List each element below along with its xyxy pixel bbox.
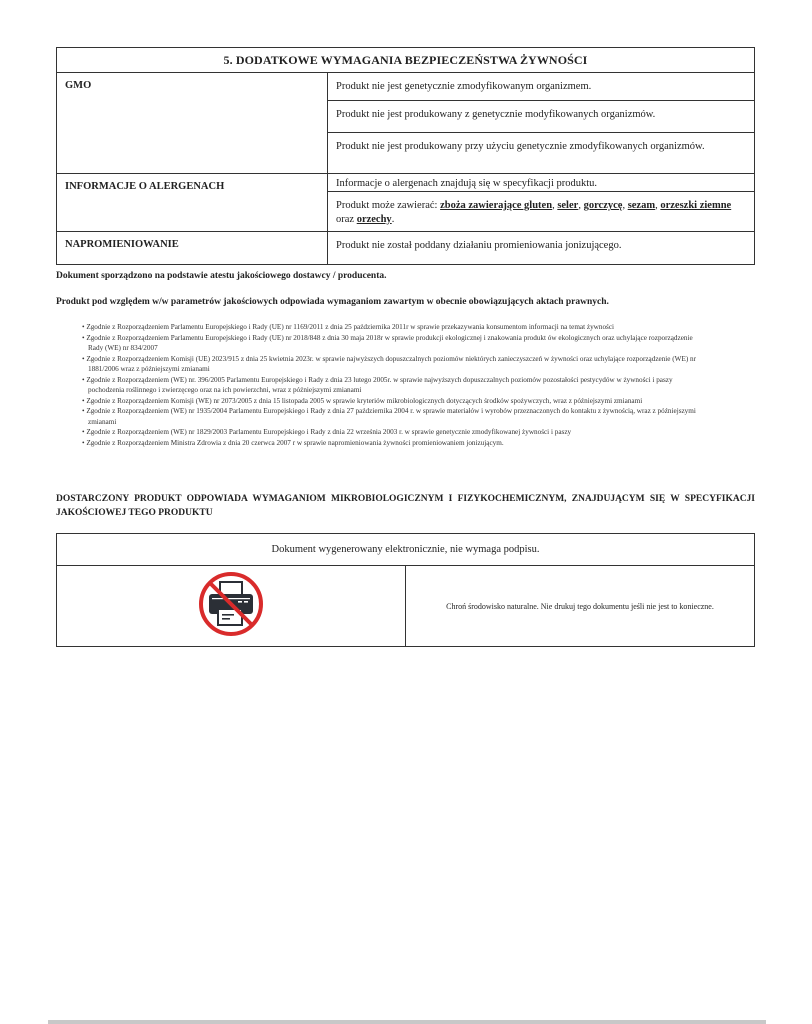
allergens-label: INFORMACJE O ALERGENACH: [57, 174, 328, 232]
allergens-may-contain: Produkt może zawierać: zboża zawierające…: [328, 192, 755, 232]
gmo-label: GMO: [57, 73, 328, 174]
irradiation-value: Produkt nie został poddany działaniu pro…: [328, 232, 755, 265]
eco-message: Chroń środowisko naturalne. Nie drukuj t…: [406, 566, 755, 647]
regulation-item: Zgodnie z Rozporządzeniem Parlamentu Eur…: [80, 333, 700, 354]
allergen-item: zboża zawierające gluten: [440, 200, 552, 211]
footer-table: Dokument wygenerowany elektronicznie, ni…: [56, 533, 755, 647]
no-print-icon-cell: [57, 566, 406, 647]
gmo-value-2: Produkt nie jest produkowany z genetyczn…: [328, 101, 755, 133]
regulation-item: Zgodnie z Rozporządzeniem (WE) nr 1935/2…: [80, 406, 700, 427]
irradiation-label: NAPROMIENIOWANIE: [57, 232, 328, 265]
allergen-item: orzechy: [357, 214, 392, 225]
food-safety-requirements-table: 5. DODATKOWE WYMAGANIA BEZPIECZEŃSTWA ŻY…: [56, 47, 755, 265]
regulation-item: Zgodnie z Rozporządzeniem Komisji (UE) 2…: [80, 354, 700, 375]
regulation-item: Zgodnie z Rozporządzeniem (WE) nr 1829/2…: [80, 427, 700, 438]
regulation-item: Zgodnie z Rozporządzeniem Parlamentu Eur…: [80, 322, 700, 333]
gmo-value-3: Produkt nie jest produkowany przy użyciu…: [328, 133, 755, 174]
source-note: Dokument sporządzono na podstawie atestu…: [56, 271, 387, 281]
conclusion-statement: DOSTARCZONY PRODUKT ODPOWIADA WYMAGANIOM…: [56, 492, 755, 520]
allergen-item: sezam: [628, 200, 655, 211]
electronic-document-note: Dokument wygenerowany elektronicznie, ni…: [57, 534, 755, 566]
bottom-scrollbar[interactable]: [48, 1020, 766, 1024]
regulations-list: Zgodnie z Rozporządzeniem Parlamentu Eur…: [80, 322, 700, 448]
may-contain-prefix: Produkt może zawierać:: [336, 200, 437, 211]
document-page: 5. DODATKOWE WYMAGANIA BEZPIECZEŃSTWA ŻY…: [0, 0, 812, 1024]
allergen-item: gorczycę: [584, 200, 623, 211]
regulation-item: Zgodnie z Rozporządzeniem Komisji (WE) n…: [80, 396, 700, 407]
no-print-icon: [196, 569, 266, 639]
gmo-value-1: Produkt nie jest genetycznie zmodyfikowa…: [328, 73, 755, 101]
regulation-item: Zgodnie z Rozporządzeniem Ministra Zdrow…: [80, 438, 700, 449]
regulation-item: Zgodnie z Rozporządzeniem (WE) nr. 396/2…: [80, 375, 700, 396]
allergen-and: oraz: [336, 214, 354, 225]
section-title: 5. DODATKOWE WYMAGANIA BEZPIECZEŃSTWA ŻY…: [57, 48, 755, 73]
allergens-info: Informacje o alergenach znajdują się w s…: [328, 174, 755, 192]
compliance-note: Produkt pod względem w/w parametrów jako…: [56, 297, 609, 307]
allergen-item: seler: [557, 200, 578, 211]
allergen-item: orzeszki ziemne: [660, 200, 731, 211]
